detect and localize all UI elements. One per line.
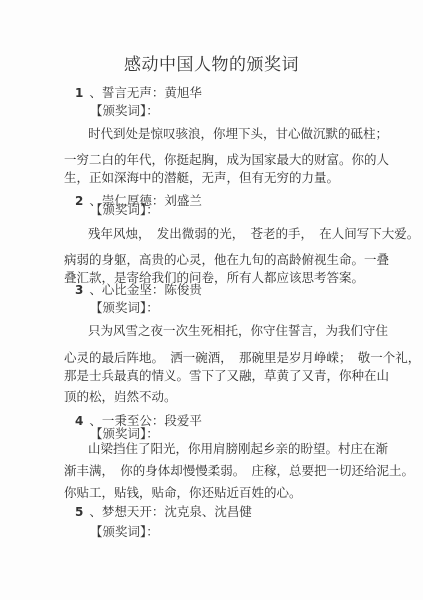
- award-label: 【颁奖词】：: [90, 298, 159, 316]
- section-title: 、誓言无声：黄旭华: [89, 85, 202, 100]
- paragraph-line: 渐丰满， 你的身体却慢慢柔弱。 庄稼，总要把一切还给泥土。: [64, 461, 414, 479]
- paragraph-line: 顶的松，岿然不动。: [64, 387, 177, 405]
- award-label: 【颁奖词】：: [90, 522, 159, 540]
- paragraph-line: 你贴工，贴钱，贴命，你还贴近百姓的心。: [64, 483, 302, 501]
- section-number: 2: [75, 194, 83, 208]
- paragraph-line: 心灵的最后阵地。 洒一碗酒， 那碗里是岁月峥嵘； 敬一个礼，: [64, 348, 420, 366]
- section-number: 5: [75, 505, 83, 519]
- section-number: 1: [75, 86, 83, 100]
- paragraph-line: 残年风烛， 发出微弱的光， 苍老的手， 在人间写下大爱。: [88, 224, 419, 242]
- paragraph-line: 生，正如深海中的潜艇，无声，但有无穷的力量。: [64, 168, 339, 186]
- section-number: 3: [75, 283, 83, 297]
- section-title: 、心比金坚：陈俊贵: [89, 282, 202, 297]
- award-label: 【颁奖词】：: [90, 101, 159, 119]
- section-heading-1: 1、誓言无声：黄旭华: [75, 83, 202, 101]
- paragraph-line: 只为风雪之夜一次生死相托，你守住誓言，为我们守住: [88, 321, 388, 339]
- document-page: 感动中国人物的颁奖词 1、誓言无声：黄旭华 【颁奖词】： 时代到处是惊叹骇浪，你…: [0, 0, 423, 600]
- award-label: 【颁奖词】：: [90, 200, 159, 218]
- section-number: 4: [75, 414, 83, 428]
- paragraph-line: 一穷二白的年代，你挺起胸，成为国家最大的财富。你的人: [64, 150, 389, 168]
- paragraph-line: 病弱的身躯，高贵的心灵，他在九旬的高龄俯视生命。一叠: [64, 250, 389, 268]
- document-title: 感动中国人物的颁奖词: [0, 50, 423, 75]
- section-heading-3: 3、心比金坚：陈俊贵: [75, 280, 202, 298]
- paragraph-line: 山梁挡住了阳光，你用肩膀刚起乡亲的盼望。村庄在渐: [88, 439, 388, 457]
- paragraph-line: 那是士兵最真的情义。雪下了又融，草黄了又青，你种在山: [64, 366, 389, 384]
- section-heading-5: 5、梦想天开：沈克泉、沈昌健: [75, 502, 252, 520]
- paragraph-line: 时代到处是惊叹骇浪，你埋下头，甘心做沉默的砥柱；: [88, 124, 388, 142]
- section-title: 、梦想天开：沈克泉、沈昌健: [89, 504, 252, 519]
